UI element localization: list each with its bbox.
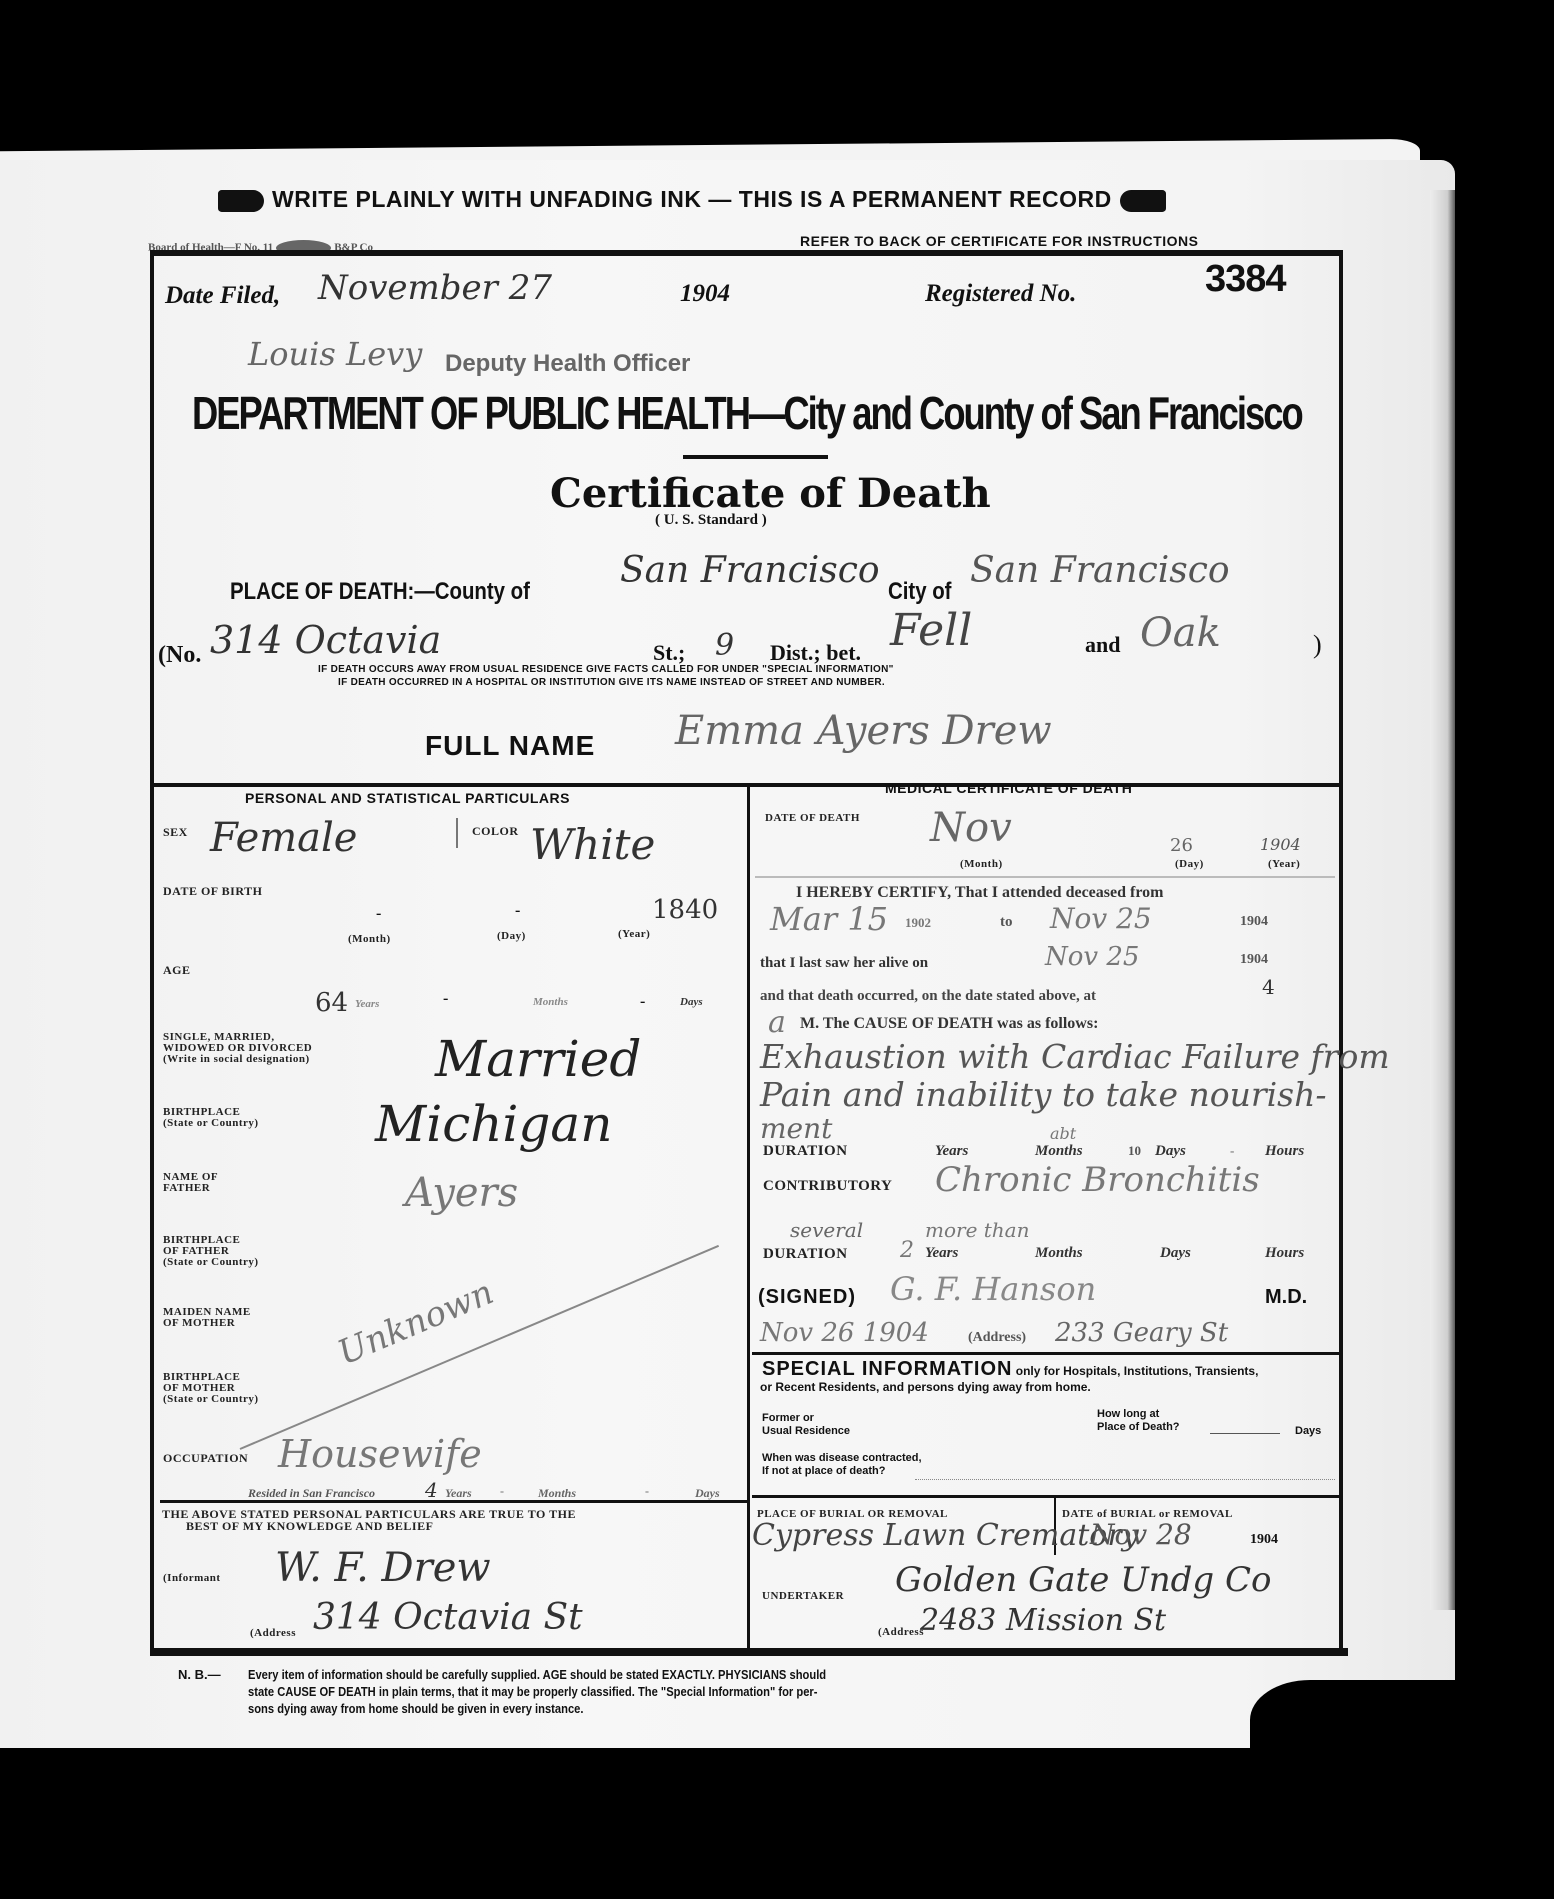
special-info-heading: SPECIAL INFORMATION only for Hospitals, … bbox=[762, 1358, 1258, 1381]
duration-2-years: 2 bbox=[900, 1238, 914, 1263]
full-name-label: FULL NAME bbox=[425, 730, 595, 762]
father-birthplace-label: BIRTHPLACE OF FATHER (State or Country) bbox=[163, 1235, 259, 1268]
frame-bottom-rule bbox=[150, 1648, 1348, 1656]
duration-1-days-caption: Days bbox=[1155, 1143, 1186, 1160]
personal-heading: PERSONAL AND STATISTICAL PARTICULARS bbox=[245, 790, 570, 806]
father-label-line: FATHER bbox=[163, 1183, 218, 1194]
father-label: NAME OF FATHER bbox=[163, 1172, 218, 1194]
deputy-signature: Louis Levy bbox=[248, 335, 422, 373]
former-residence-label-line: Former or bbox=[762, 1412, 850, 1425]
death-occurred-text: and that death occurred, on the date sta… bbox=[760, 988, 1096, 1005]
dist-label: Dist.; bet. bbox=[770, 640, 861, 666]
duration-1-days: 10 bbox=[1128, 1143, 1141, 1159]
dod-day: 26 bbox=[1170, 835, 1193, 856]
cause-line-3: ment bbox=[760, 1112, 832, 1145]
occupation-value: Housewife bbox=[278, 1432, 482, 1476]
former-residence-label: Former or Usual Residence bbox=[762, 1412, 850, 1438]
deputy-title: Deputy Health Officer bbox=[445, 350, 690, 378]
birthplace-value: Michigan bbox=[375, 1095, 612, 1153]
attended-to-year: 1904 bbox=[1240, 914, 1268, 930]
contracted-label: When was disease contracted, If not at p… bbox=[762, 1452, 922, 1478]
marital-value: Married bbox=[435, 1030, 641, 1088]
md-label: M.D. bbox=[1265, 1286, 1307, 1309]
banner: WRITE PLAINLY WITH UNFADING INK — THIS I… bbox=[210, 186, 1174, 213]
informant-address: 314 Octavia St bbox=[313, 1597, 583, 1638]
date-filed-value: November 27 bbox=[318, 268, 552, 308]
cause-text: M. The CAUSE OF DEATH was as follows: bbox=[800, 1015, 1098, 1033]
sex-color-divider bbox=[456, 818, 458, 848]
column-divider bbox=[747, 785, 750, 1650]
signed-label: (SIGNED) bbox=[758, 1286, 856, 1309]
mother-birthplace-label: BIRTHPLACE OF MOTHER (State or Country) bbox=[163, 1372, 259, 1405]
resided-years-caption: Years bbox=[445, 1486, 472, 1501]
sex-label: SEX bbox=[163, 826, 188, 838]
how-long-label: How long at Place of Death? bbox=[1097, 1408, 1180, 1434]
how-long-blank bbox=[1210, 1433, 1280, 1434]
special-info-divider bbox=[752, 1352, 1339, 1355]
title-rule bbox=[683, 455, 828, 459]
contracted-label-line: If not at place of death? bbox=[762, 1465, 922, 1478]
dob-month: - bbox=[376, 905, 381, 923]
physician-address-label: (Address) bbox=[968, 1330, 1026, 1346]
last-saw-text: that I last saw her alive on bbox=[760, 955, 928, 972]
age-days-caption: Days bbox=[680, 996, 703, 1008]
and-label: and bbox=[1085, 632, 1120, 658]
full-name-value: Emma Ayers Drew bbox=[675, 708, 1052, 754]
undertaker-address-label: (Address bbox=[878, 1626, 924, 1638]
dod-day-caption: (Day) bbox=[1175, 858, 1204, 870]
cause-line-2: Pain and inability to take nourish- bbox=[760, 1075, 1327, 1114]
mother-birthplace-label-line: (State or Country) bbox=[163, 1394, 259, 1405]
duration-2-note-1: several bbox=[790, 1218, 863, 1242]
informant-name: W. F. Drew bbox=[275, 1545, 491, 1591]
burial-place: Cypress Lawn Crematory bbox=[752, 1518, 1139, 1553]
no-label: (No. bbox=[158, 642, 201, 669]
mother-label: MAIDEN NAME OF MOTHER bbox=[163, 1307, 251, 1329]
medical-heading: MEDICAL CERTIFICATE OF DEATH bbox=[885, 780, 1132, 796]
close-paren: ) bbox=[1313, 630, 1322, 660]
birthplace-label: BIRTHPLACE (State or Country) bbox=[163, 1107, 259, 1129]
st-label: St.; bbox=[653, 640, 685, 666]
nb-label: N. B.— bbox=[178, 1667, 221, 1682]
occupation-label: OCCUPATION bbox=[163, 1452, 248, 1464]
dod-month-caption: (Month) bbox=[960, 858, 1003, 870]
age-months: - bbox=[443, 990, 448, 1008]
dod-rule bbox=[755, 876, 1335, 878]
registered-label: Registered No. bbox=[925, 280, 1076, 308]
undertaker-value: Golden Gate Undg Co bbox=[895, 1560, 1272, 1600]
special-info-scope: only for Hospitals, Institutions, Transi… bbox=[1016, 1364, 1259, 1378]
sex-value: Female bbox=[210, 815, 357, 861]
signed-date: Nov 26 1904 bbox=[760, 1318, 929, 1348]
dob-year: 1840 bbox=[652, 895, 718, 925]
note-line-1: IF DEATH OCCURS AWAY FROM USUAL RESIDENC… bbox=[318, 664, 894, 675]
pointing-hand-icon bbox=[1120, 190, 1166, 212]
age-days: - bbox=[640, 993, 645, 1011]
date-filed-year: 1904 bbox=[680, 280, 730, 308]
attended-to: Nov 25 bbox=[1050, 902, 1152, 935]
physician-address: 233 Geary St bbox=[1055, 1318, 1228, 1348]
date-filed-label: Date Filed, bbox=[165, 282, 280, 310]
dod-year-caption: (Year) bbox=[1268, 858, 1300, 870]
banner-text: WRITE PLAINLY WITH UNFADING INK — THIS I… bbox=[272, 186, 1112, 212]
city-label: City of bbox=[888, 578, 951, 606]
undertaker-label: UNDERTAKER bbox=[762, 1590, 844, 1602]
burial-year: 1904 bbox=[1250, 1532, 1278, 1548]
duration-2-hours-caption: Hours bbox=[1265, 1245, 1304, 1262]
cause-line-1: Exhaustion with Cardiac Failure from bbox=[760, 1037, 1390, 1076]
page-edge-strip bbox=[1430, 190, 1455, 1610]
duration-2-label: DURATION bbox=[763, 1248, 848, 1260]
marital-label: SINGLE, MARRIED, WIDOWED OR DIVORCED (Wr… bbox=[163, 1032, 312, 1065]
resided-months: - bbox=[500, 1484, 504, 1499]
resided-label: Resided in San Francisco bbox=[248, 1486, 375, 1501]
duration-2-years-caption: Years bbox=[925, 1245, 958, 1262]
registered-number: 3384 bbox=[1205, 258, 1286, 301]
district-value: 9 bbox=[715, 628, 734, 663]
duration-2-note-2: more than bbox=[925, 1218, 1029, 1242]
ampm-value: a bbox=[768, 1005, 786, 1040]
age-years-caption: Years bbox=[355, 998, 379, 1010]
standard-subtitle: ( U. S. Standard ) bbox=[655, 512, 767, 529]
burial-divider bbox=[752, 1495, 1339, 1498]
duration-1-hours: - bbox=[1230, 1143, 1234, 1159]
dob-month-caption: (Month) bbox=[348, 933, 391, 945]
duration-2-months-caption: Months bbox=[1035, 1245, 1083, 1262]
last-saw-year: 1904 bbox=[1240, 952, 1268, 968]
contracted-blank bbox=[915, 1479, 1335, 1480]
death-hour: 4 bbox=[1262, 975, 1275, 999]
department-title: DEPARTMENT OF PUBLIC HEALTH—City and Cou… bbox=[192, 386, 1302, 440]
resided-days-caption: Days bbox=[695, 1486, 720, 1501]
resided-years: 4 bbox=[425, 1478, 438, 1502]
between-street-1: Fell bbox=[890, 605, 972, 656]
age-label: AGE bbox=[163, 964, 191, 976]
color-value: White bbox=[530, 820, 655, 869]
color-label: COLOR bbox=[472, 825, 519, 837]
special-info-title: SPECIAL INFORMATION bbox=[762, 1358, 1012, 1380]
place-of-death-label: PLACE OF DEATH:—County of bbox=[230, 578, 530, 606]
informant-divider bbox=[160, 1500, 747, 1503]
duration-1-hours-caption: Hours bbox=[1265, 1143, 1304, 1160]
informant-statement-2: BEST OF MY KNOWLEDGE AND BELIEF bbox=[186, 1520, 433, 1532]
special-info-scope-2: or Recent Residents, and persons dying a… bbox=[760, 1380, 1091, 1394]
contributory-label: CONTRIBUTORY bbox=[763, 1180, 892, 1192]
attended-from-year: 1902 bbox=[905, 915, 931, 931]
refer-note: REFER TO BACK OF CERTIFICATE FOR INSTRUC… bbox=[800, 233, 1198, 249]
dob-day-caption: (Day) bbox=[497, 930, 526, 942]
duration-2-days-caption: Days bbox=[1160, 1245, 1191, 1262]
dod-month: Nov bbox=[930, 805, 1012, 851]
to-label: to bbox=[1000, 914, 1013, 931]
former-residence-label-line: Usual Residence bbox=[762, 1425, 850, 1438]
contributory-value: Chronic Bronchitis bbox=[935, 1160, 1260, 1200]
undertaker-address: 2483 Mission St bbox=[920, 1603, 1166, 1638]
dob-label: DATE OF BIRTH bbox=[163, 885, 262, 897]
how-long-label-line: How long at bbox=[1097, 1408, 1180, 1421]
duration-1-years-caption: Years bbox=[935, 1143, 968, 1160]
contracted-label-line: When was disease contracted, bbox=[762, 1452, 922, 1465]
burial-date: Nov 28 bbox=[1090, 1518, 1192, 1551]
page-curl-shadow bbox=[1250, 1680, 1554, 1800]
dob-day: - bbox=[515, 902, 520, 920]
nb-line-2: state CAUSE OF DEATH in plain terms, tha… bbox=[248, 1684, 818, 1699]
duration-1-note: abt bbox=[1050, 1124, 1076, 1143]
dod-label: DATE OF DEATH bbox=[765, 812, 860, 824]
informant-address-label: (Address bbox=[250, 1627, 296, 1639]
county-value: San Francisco bbox=[620, 550, 880, 591]
how-long-days-label: Days bbox=[1295, 1425, 1321, 1437]
attended-from: Mar 15 bbox=[770, 900, 888, 938]
dod-year: 1904 bbox=[1260, 835, 1301, 854]
duration-1-months-caption: Months bbox=[1035, 1143, 1083, 1160]
pointing-hand-icon bbox=[218, 190, 264, 212]
father-value: Ayers bbox=[405, 1170, 518, 1216]
age-years: 64 bbox=[315, 988, 348, 1018]
father-birthplace-label-line: (State or Country) bbox=[163, 1257, 259, 1268]
mother-label-line: OF MOTHER bbox=[163, 1318, 251, 1329]
street-address: 314 Octavia bbox=[210, 618, 441, 662]
city-value: San Francisco bbox=[970, 550, 1230, 591]
birthplace-label-line: (State or Country) bbox=[163, 1118, 259, 1129]
between-street-2: Oak bbox=[1140, 610, 1221, 656]
resided-days: - bbox=[645, 1484, 649, 1499]
note-line-2: IF DEATH OCCURRED IN A HOSPITAL OR INSTI… bbox=[338, 677, 885, 688]
nb-line-3: sons dying away from home should be give… bbox=[248, 1701, 583, 1716]
informant-label: (Informant bbox=[163, 1572, 221, 1584]
nb-line-1: Every item of information should be care… bbox=[248, 1667, 826, 1682]
age-months-caption: Months bbox=[533, 996, 568, 1008]
physician-signature: G. F. Hanson bbox=[890, 1270, 1096, 1308]
dob-year-caption: (Year) bbox=[618, 928, 650, 940]
how-long-label-line: Place of Death? bbox=[1097, 1421, 1180, 1434]
last-saw-date: Nov 25 bbox=[1045, 942, 1139, 972]
duration-1-label: DURATION bbox=[763, 1145, 848, 1157]
certificate-title: Certificate of Death bbox=[550, 470, 991, 517]
resided-months-caption: Months bbox=[538, 1486, 576, 1501]
marital-label-line: (Write in social designation) bbox=[163, 1054, 312, 1065]
